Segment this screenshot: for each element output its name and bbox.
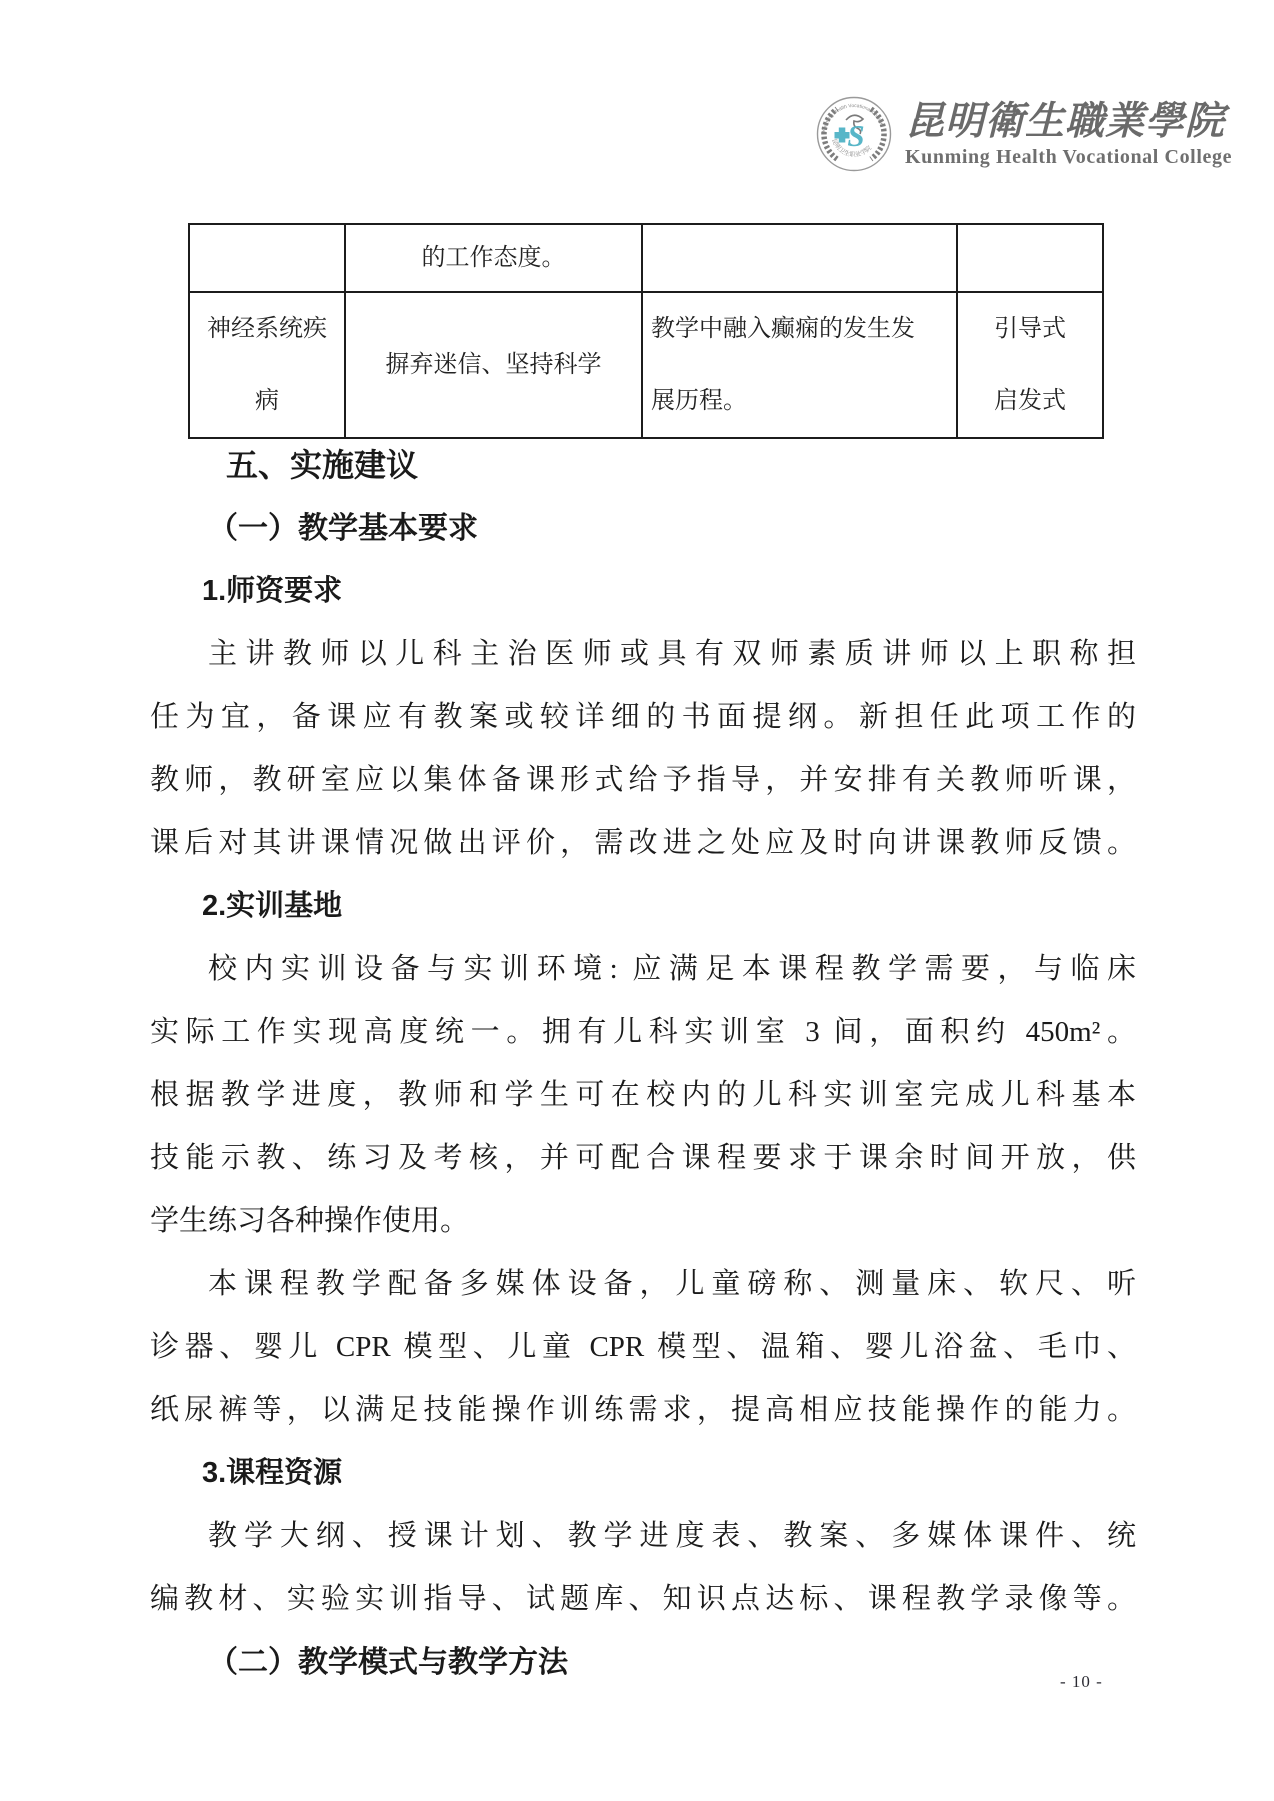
body-text-line: 课后对其讲课情况做出评价，需改进之处应及时向讲课教师反馈。 — [150, 812, 1136, 875]
page-number: - 10 - — [1060, 1672, 1103, 1692]
table-cell: 引导式启发式 — [957, 292, 1103, 438]
body-text-line: 技能示教、练习及考核，并可配合课程要求于课余时间开放，供 — [150, 1127, 1136, 1190]
body-text-line: 教师，教研室应以集体备课形式给予指导，并安排有关教师听课， — [150, 749, 1136, 812]
college-seal-svg: Kunming Health Vocational College S 昆明卫生… — [816, 96, 892, 172]
section-heading: 2.实训基地 — [150, 875, 1136, 938]
table-cell — [957, 224, 1103, 292]
section-heading: 五、实施建议 — [150, 434, 1136, 497]
table-row: 神经系统疾病摒弃迷信、坚持科学教学中融入癫痫的发生发展历程。引导式启发式 — [189, 292, 1103, 438]
body-text-line: 诊器、婴儿 CPR 模型、儿童 CPR 模型、温箱、婴儿浴盆、毛巾、 — [150, 1316, 1136, 1379]
college-name-block: 昆明衛生職業學院 Kunming Health Vocational Colle… — [905, 100, 1205, 169]
table-cell: 的工作态度。 — [345, 224, 642, 292]
curriculum-table: 的工作态度。神经系统疾病摒弃迷信、坚持科学教学中融入癫痫的发生发展历程。引导式启… — [188, 223, 1104, 439]
body-text-line: 教学大纲、授课计划、教学进度表、教案、多媒体课件、统 — [150, 1505, 1136, 1568]
college-name-en: Kunming Health Vocational College — [905, 146, 1205, 169]
body-text-line: 本课程教学配备多媒体设备，儿童磅称、测量床、软尺、听 — [150, 1253, 1136, 1316]
table-cell — [189, 224, 345, 292]
document-page: { "header": { "seal": { "arc_top_text": … — [0, 0, 1274, 1801]
section-heading: 1.师资要求 — [150, 560, 1136, 623]
assessment-table-body: 的工作态度。神经系统疾病摒弃迷信、坚持科学教学中融入癫痫的发生发展历程。引导式启… — [189, 224, 1103, 438]
document-body: 五、实施建议（一）教学基本要求1.师资要求主讲教师以儿科主治医师或具有双师素质讲… — [150, 434, 1136, 1694]
body-text-line: 实际工作实现高度统一。拥有儿科实训室 3 间，面积约 450m²。 — [150, 1001, 1136, 1064]
college-seal-icon: Kunming Health Vocational College S 昆明卫生… — [816, 96, 892, 172]
table-cell: 神经系统疾病 — [189, 292, 345, 438]
body-text-line: 任为宜，备课应有教案或较详细的书面提纲。新担任此项工作的 — [150, 686, 1136, 749]
seal-monogram: S — [847, 118, 864, 153]
body-text-line: 学生练习各种操作使用。 — [150, 1190, 1136, 1253]
body-text-line: 编教材、实验实训指导、试题库、知识点达标、课程教学录像等。 — [150, 1568, 1136, 1631]
table-row: 的工作态度。 — [189, 224, 1103, 292]
table-cell: 摒弃迷信、坚持科学 — [345, 292, 642, 438]
college-name-zh: 昆明衛生職業學院 — [905, 100, 1205, 144]
section-heading: （二）教学模式与教学方法 — [150, 1631, 1136, 1694]
body-text-line: 校内实训设备与实训环境: 应满足本课程教学需要，与临床 — [150, 938, 1136, 1001]
body-text-line: 主讲教师以儿科主治医师或具有双师素质讲师以上职称担 — [150, 623, 1136, 686]
table-cell — [642, 224, 957, 292]
body-text-line: 纸尿裤等，以满足技能操作训练需求，提高相应技能操作的能力。 — [150, 1379, 1136, 1442]
section-heading: （一）教学基本要求 — [150, 497, 1136, 560]
table-cell: 教学中融入癫痫的发生发展历程。 — [642, 292, 957, 438]
section-heading: 3.课程资源 — [150, 1442, 1136, 1505]
body-text-line: 根据教学进度，教师和学生可在校内的儿科实训室完成儿科基本 — [150, 1064, 1136, 1127]
